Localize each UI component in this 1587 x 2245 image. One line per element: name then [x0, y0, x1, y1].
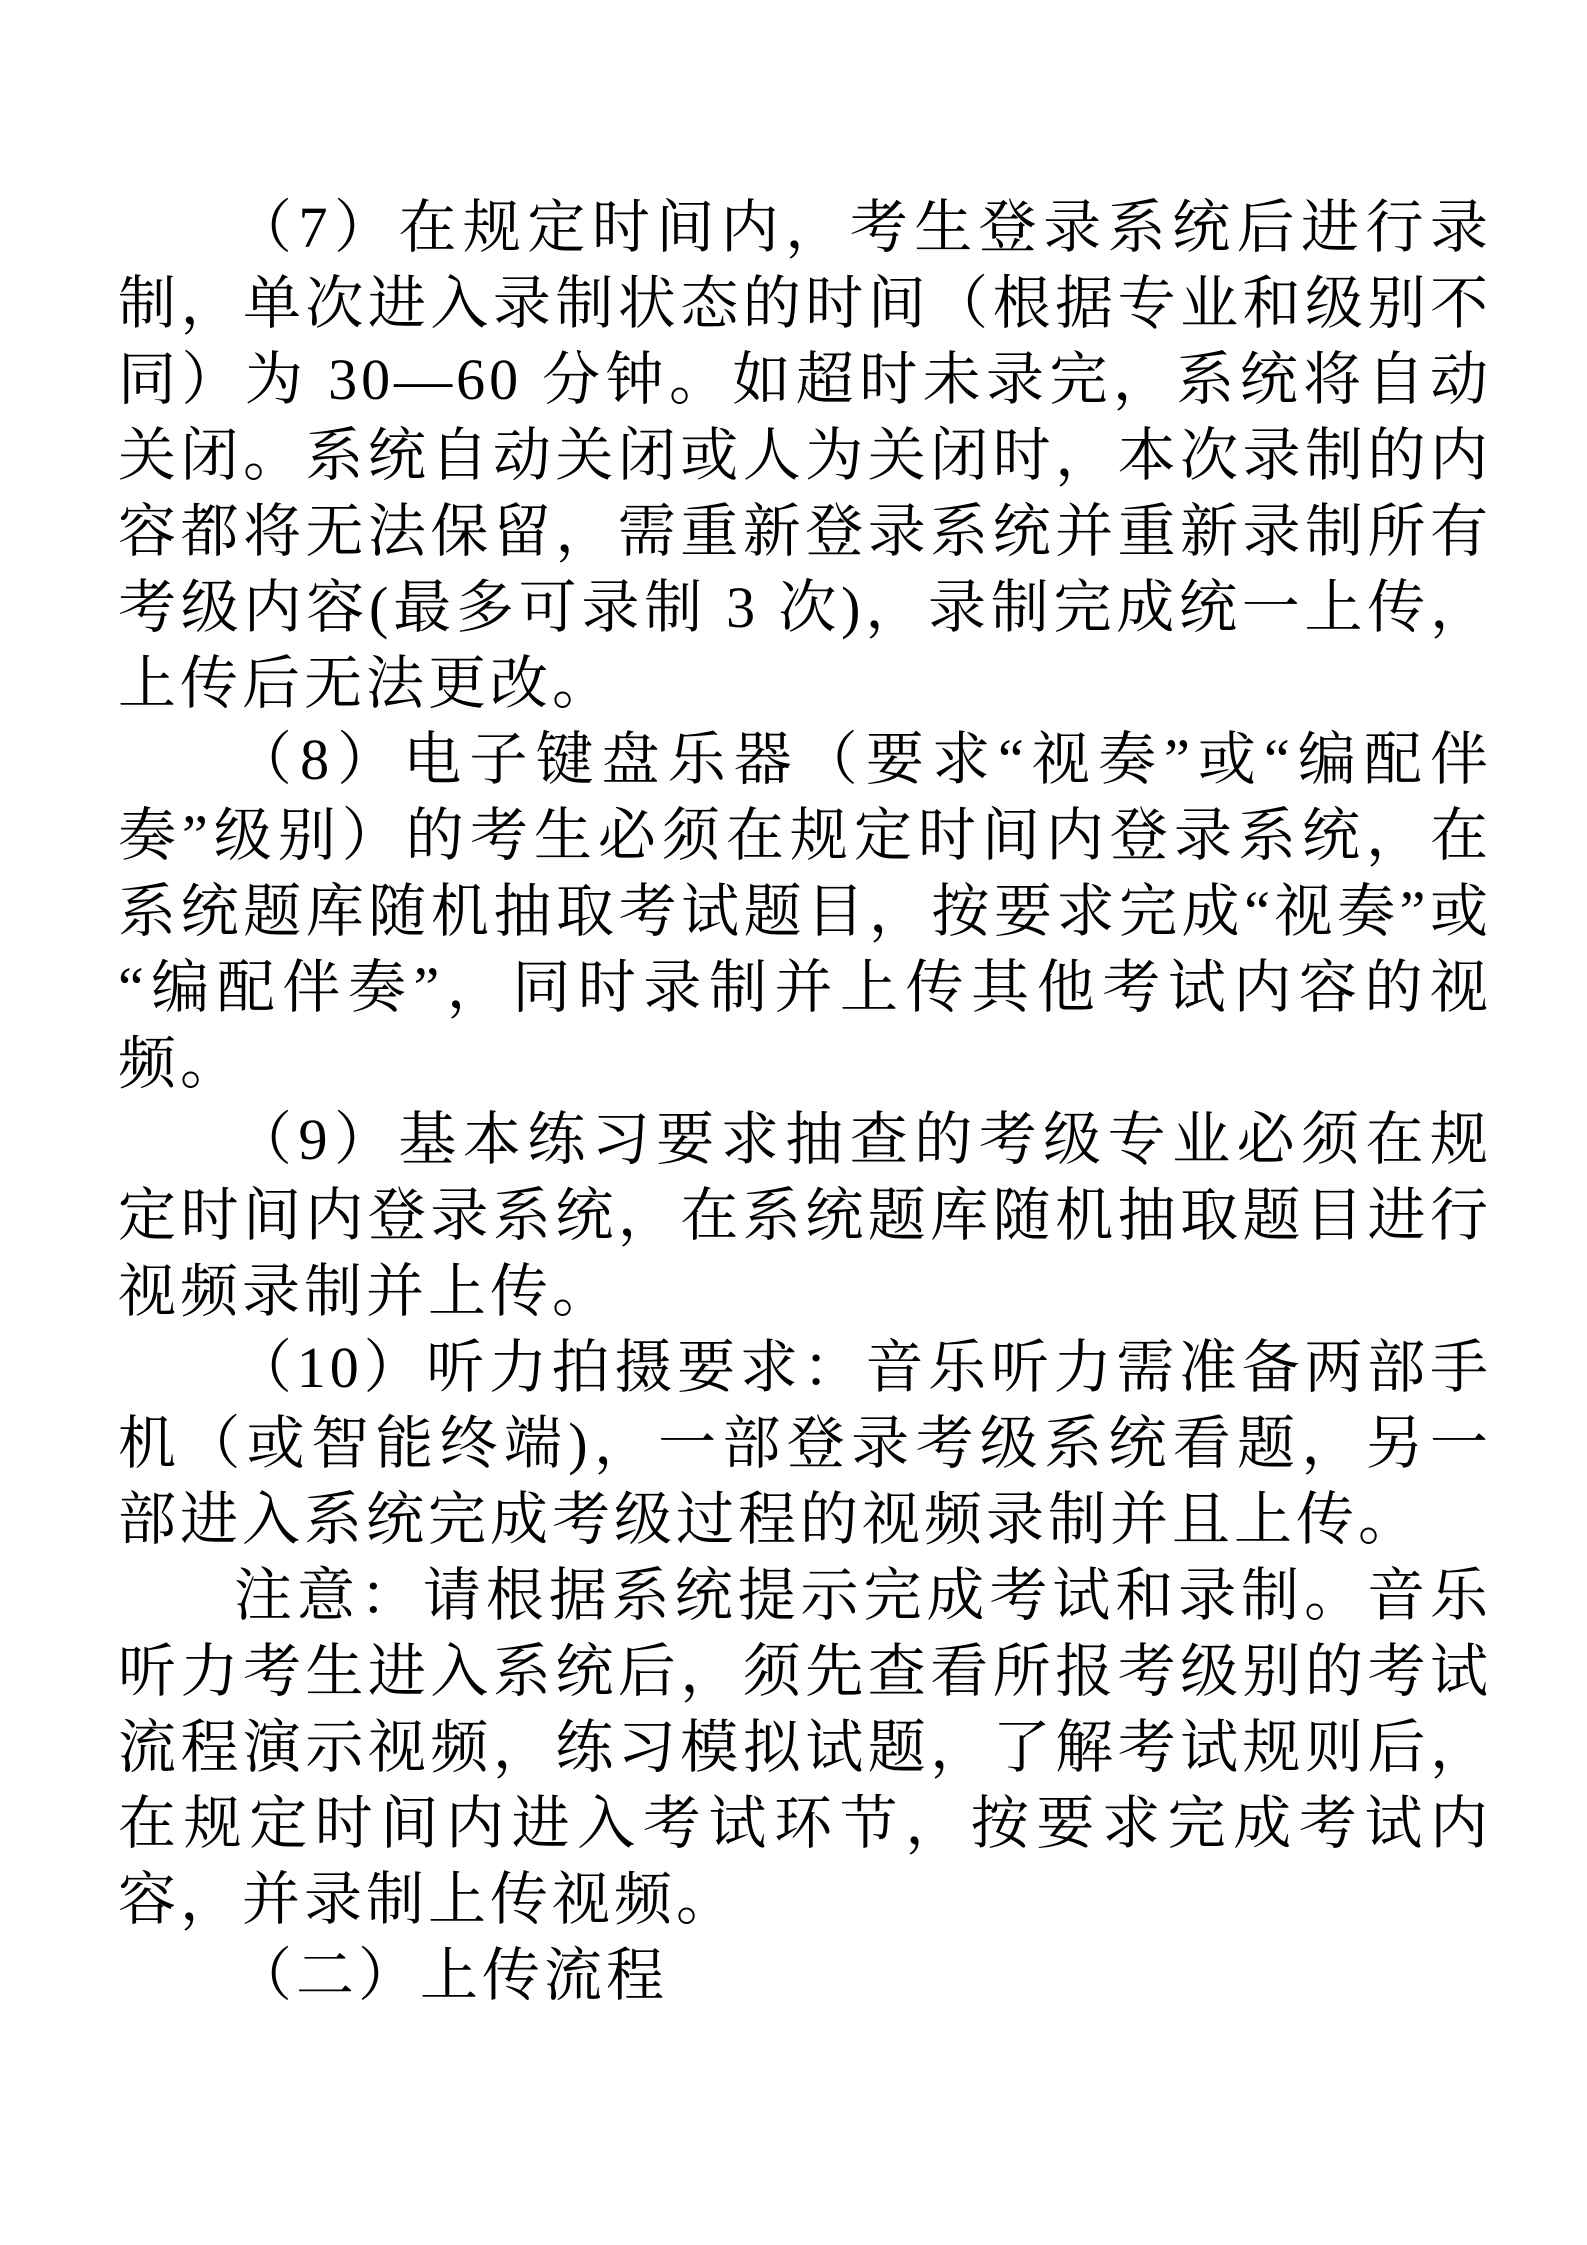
document-page: （7）在规定时间内，考生登录系统后进行录制，单次进入录制状态的时间（根据专业和级…: [0, 0, 1587, 2245]
paragraph-item-9: （9）基本练习要求抽查的考级专业必须在规定时间内登录系统，在系统题库随机抽取题目…: [118, 1102, 1492, 1330]
paragraph-item-7: （7）在规定时间内，考生登录系统后进行录制，单次进入录制状态的时间（根据专业和级…: [118, 190, 1492, 722]
paragraph-item-10: （10）听力拍摄要求：音乐听力需准备两部手机（或智能终端)，一部登录考级系统看题…: [118, 1330, 1492, 1558]
paragraph-note: 注意：请根据系统提示完成考试和录制。音乐听力考生进入系统后，须先查看所报考级别的…: [118, 1558, 1492, 1938]
paragraph-item-8: （8）电子键盘乐器（要求“视奏”或“编配伴奏”级别）的考生必须在规定时间内登录系…: [118, 722, 1492, 1102]
document-text-block: （7）在规定时间内，考生登录系统后进行录制，单次进入录制状态的时间（根据专业和级…: [118, 190, 1492, 2014]
section-heading: （二）上传流程: [118, 1938, 1492, 2014]
